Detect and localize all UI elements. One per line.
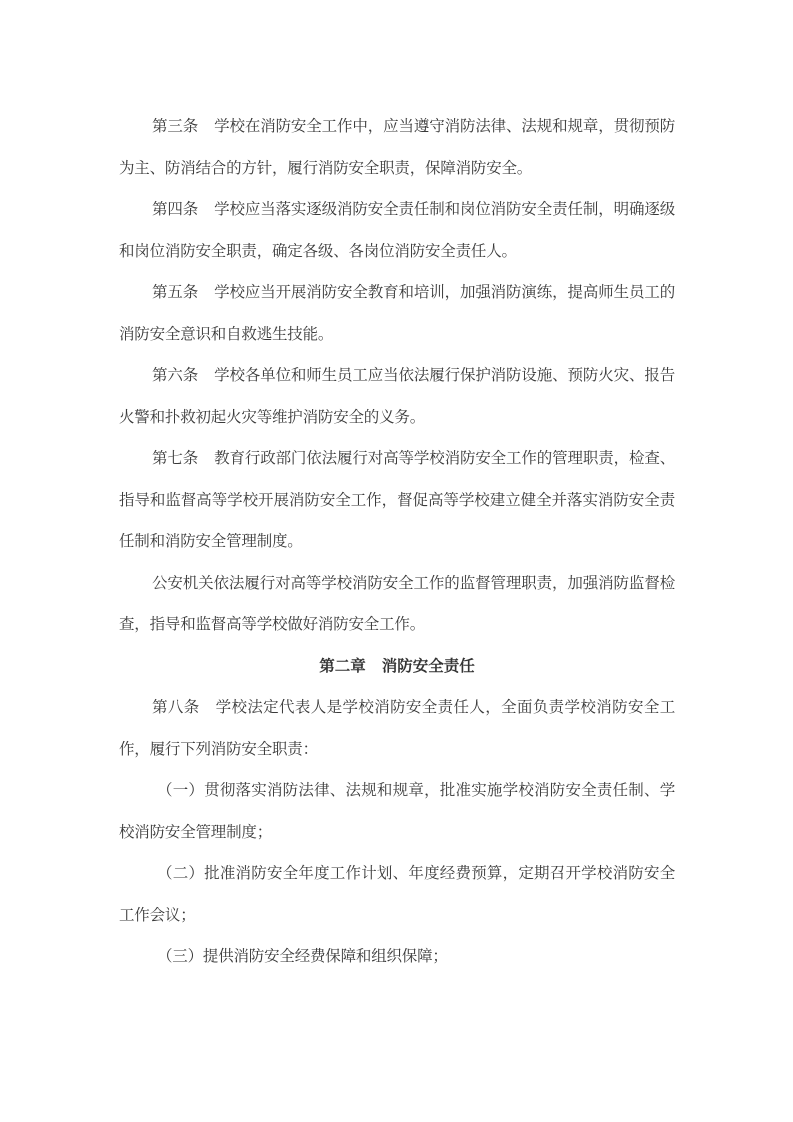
list-item-3: （三）提供消防安全经费保障和组织保障； bbox=[119, 936, 675, 978]
document-page: 第三条学校在消防安全工作中，应当遵守消防法律、法规和规章，贯彻预防为主、防消结合… bbox=[119, 106, 675, 978]
list-item-2: （二）批准消防安全年度工作计划、年度经费预算，定期召开学校消防安全工作会议； bbox=[119, 853, 675, 936]
article-label: 第七条 bbox=[152, 449, 198, 467]
article-5: 第五条学校应当开展消防安全教育和培训，加强消防演练，提高师生员工的消防安全意识和… bbox=[119, 272, 675, 355]
chapter-number: 第二章 bbox=[319, 657, 366, 675]
article-4: 第四条学校应当落实逐级消防安全责任制和岗位消防安全责任制，明确逐级和岗位消防安全… bbox=[119, 189, 675, 272]
article-7: 第七条教育行政部门依法履行对高等学校消防安全工作的管理职责，检查、指导和监督高等… bbox=[119, 438, 675, 563]
article-text: 教育行政部门依法履行对高等学校消防安全工作的管理职责，检查、指导和监督高等学校开… bbox=[119, 449, 675, 550]
article-6: 第六条学校各单位和师生员工应当依法履行保护消防设施、预防火灾、报告火警和扑救初起… bbox=[119, 355, 675, 438]
chapter-heading: 第二章消防安全责任 bbox=[119, 646, 675, 688]
item-label: （一） bbox=[157, 781, 204, 799]
article-text: 学校法定代表人是学校消防安全责任人，全面负责学校消防安全工作，履行下列消防安全职… bbox=[119, 698, 675, 758]
chapter-title: 消防安全责任 bbox=[382, 657, 475, 675]
paragraph-text: 公安机关依法履行对高等学校消防安全工作的监督管理职责，加强消防监督检查，指导和监… bbox=[119, 574, 675, 634]
article-text: 学校在消防安全工作中，应当遵守消防法律、法规和规章，贯彻预防为主、防消结合的方针… bbox=[119, 117, 675, 177]
article-text: 学校应当落实逐级消防安全责任制和岗位消防安全责任制，明确逐级和岗位消防安全职责，… bbox=[119, 200, 675, 260]
article-label: 第六条 bbox=[152, 366, 198, 384]
item-label: （三） bbox=[157, 947, 203, 965]
article-8: 第八条学校法定代表人是学校消防安全责任人，全面负责学校消防安全工作，履行下列消防… bbox=[119, 687, 675, 770]
article-3: 第三条学校在消防安全工作中，应当遵守消防法律、法规和规章，贯彻预防为主、防消结合… bbox=[119, 106, 675, 189]
item-text: 提供消防安全经费保障和组织保障； bbox=[203, 947, 448, 965]
article-text: 学校各单位和师生员工应当依法履行保护消防设施、预防火灾、报告火警和扑救初起火灾等… bbox=[119, 366, 675, 426]
item-label: （二） bbox=[157, 864, 204, 882]
article-label: 第三条 bbox=[152, 117, 198, 135]
article-7-paragraph-2: 公安机关依法履行对高等学校消防安全工作的监督管理职责，加强消防监督检查，指导和监… bbox=[119, 563, 675, 646]
article-label: 第五条 bbox=[152, 283, 198, 301]
list-item-1: （一）贯彻落实消防法律、法规和规章，批准实施学校消防安全责任制、学校消防安全管理… bbox=[119, 770, 675, 853]
article-text: 学校应当开展消防安全教育和培训，加强消防演练，提高师生员工的消防安全意识和自救逃… bbox=[119, 283, 675, 343]
article-label: 第四条 bbox=[152, 200, 198, 218]
article-label: 第八条 bbox=[152, 698, 200, 716]
